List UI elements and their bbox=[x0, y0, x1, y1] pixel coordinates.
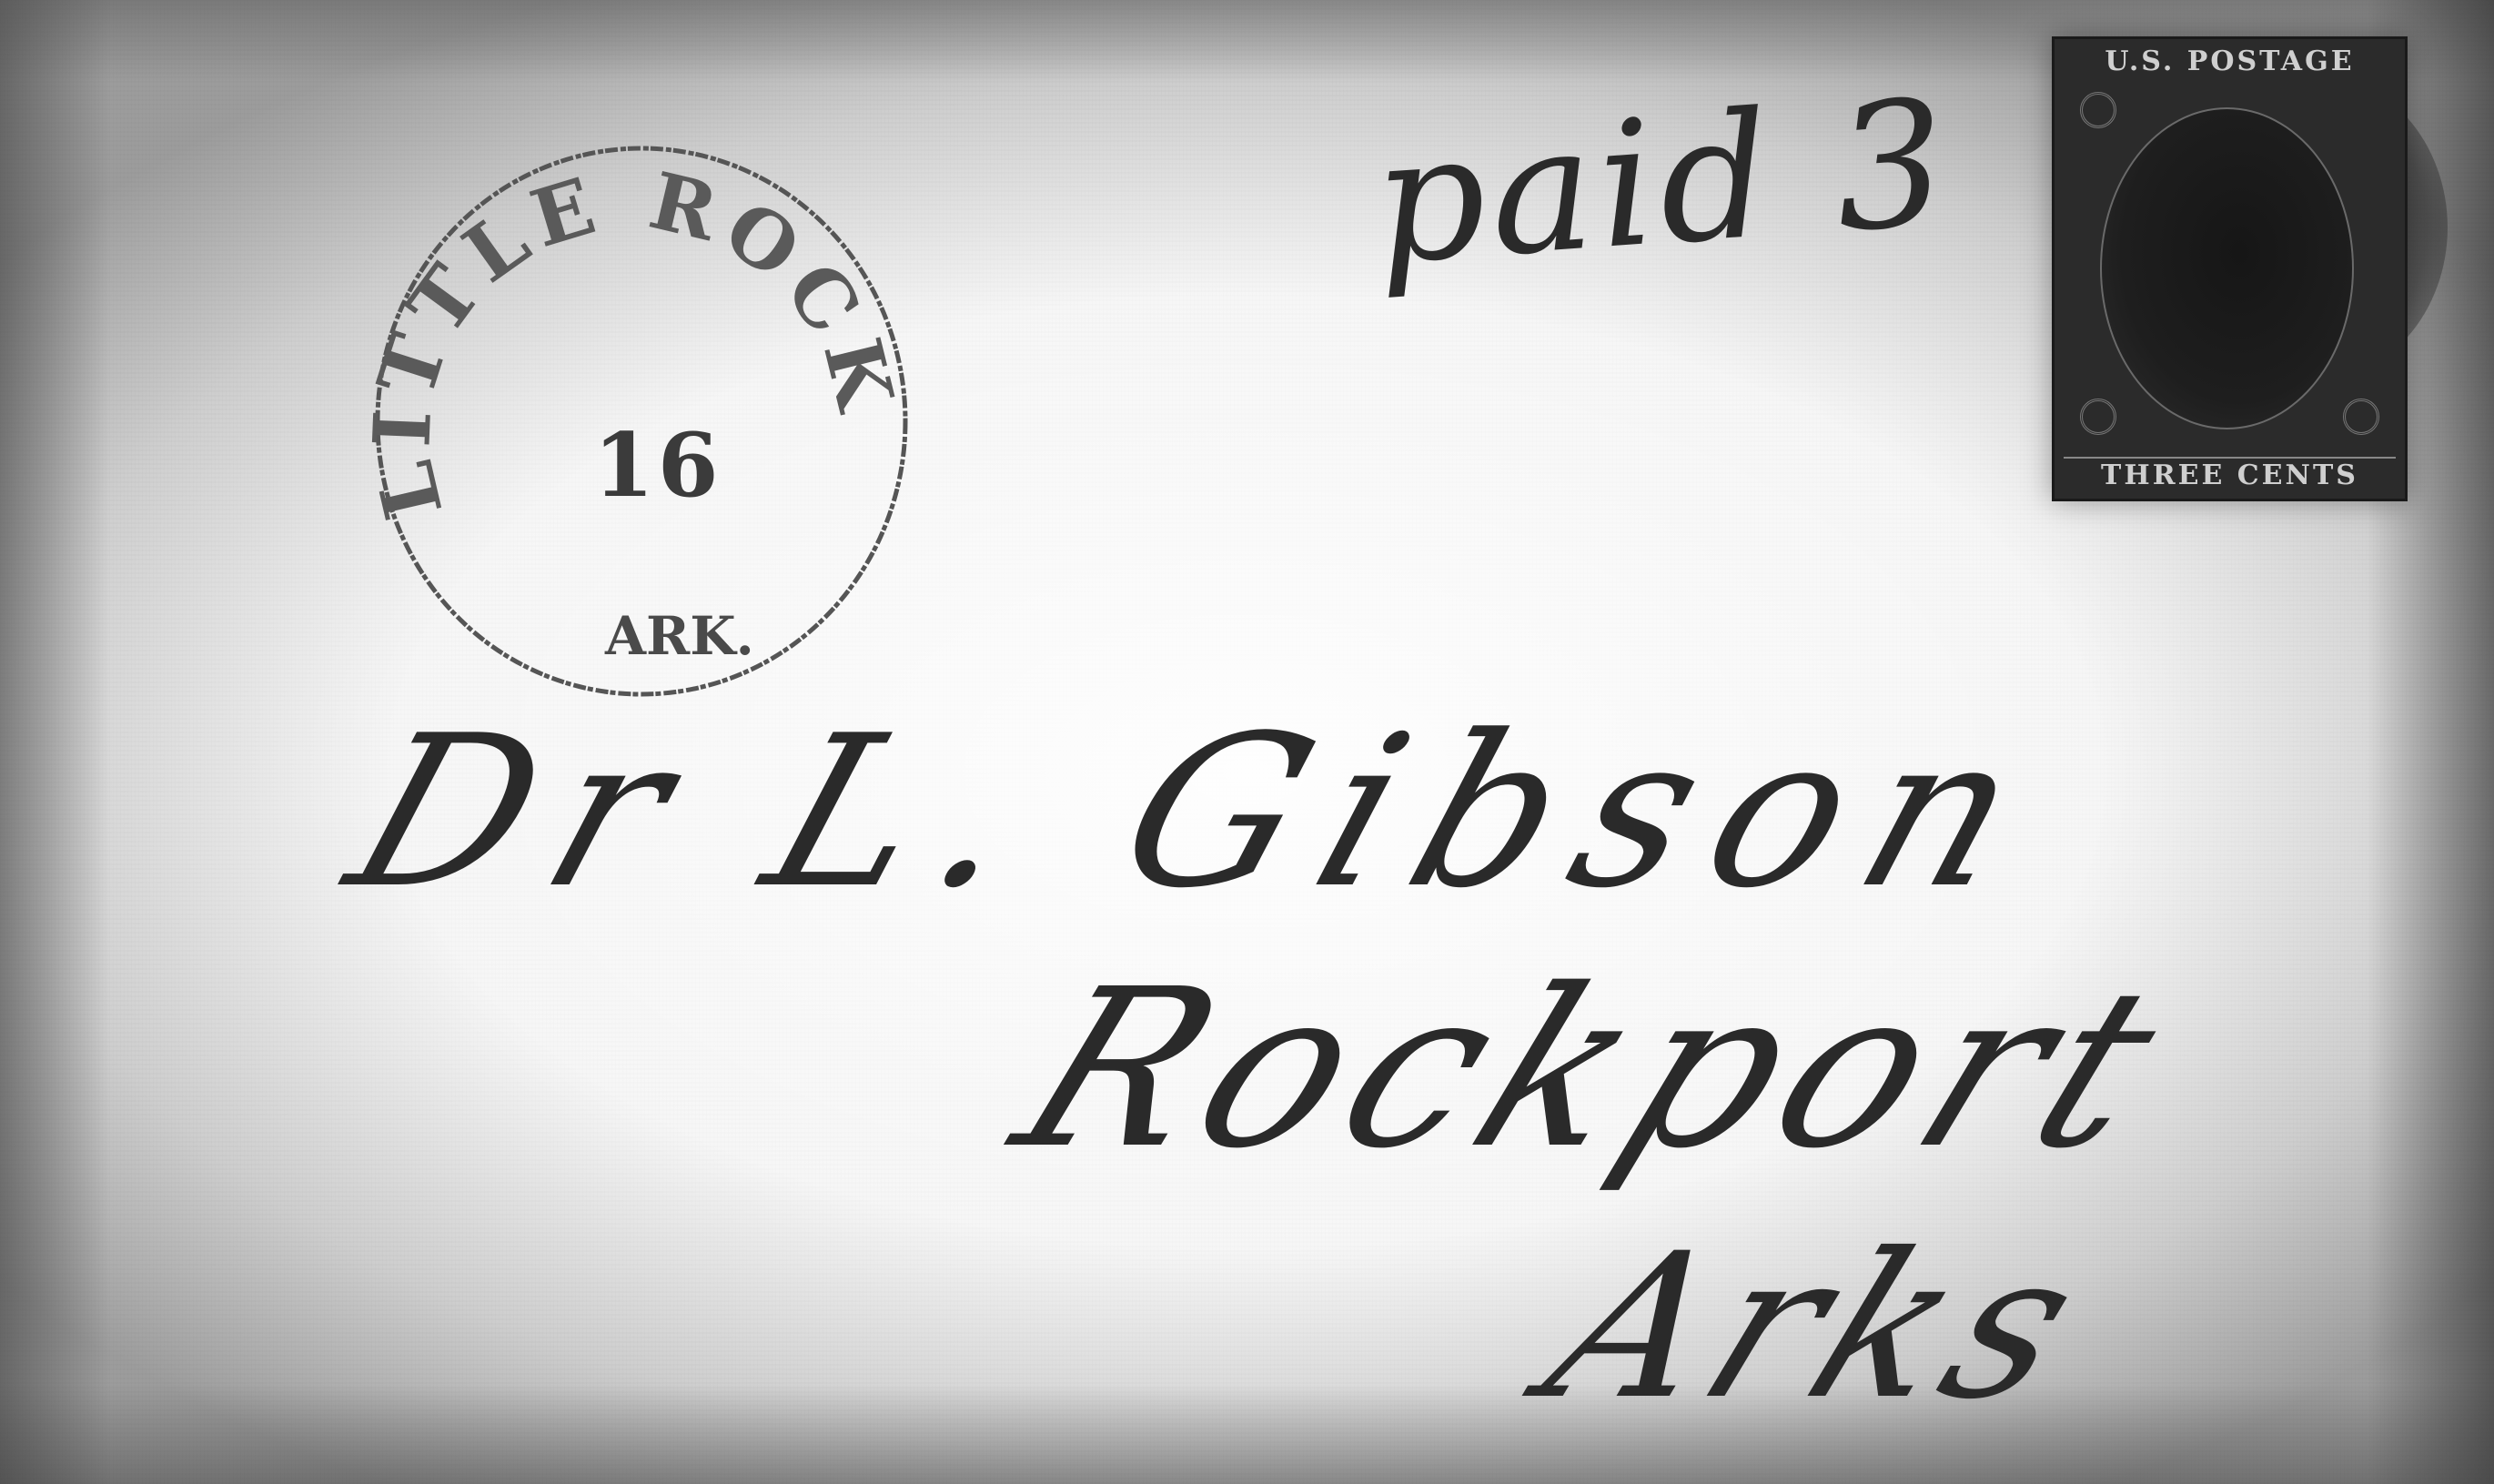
envelope-edge-shadow-left bbox=[0, 0, 109, 1484]
address-state: Arks bbox=[1518, 1210, 2120, 1443]
stamp-rosette-icon bbox=[2080, 399, 2116, 435]
postmark: LITTLE ROCK 16 ARK. bbox=[364, 132, 919, 705]
address-town: Rockport bbox=[985, 942, 2204, 1196]
rate-notation: paid 3 bbox=[1368, 62, 1957, 303]
stamp-rosette-icon bbox=[2343, 399, 2379, 435]
postage-stamp: U.S. POSTAGE THREE CENTS bbox=[2052, 36, 2408, 501]
postmark-day: 16 bbox=[593, 414, 722, 517]
stamp-rosette-icon bbox=[2080, 92, 2116, 128]
envelope-edge-shadow-bottom bbox=[0, 1384, 2494, 1484]
stamp-portrait-icon bbox=[2100, 107, 2354, 429]
address-name: Dr L. Gibson bbox=[325, 692, 2074, 934]
stamp-top-label: U.S. POSTAGE bbox=[2064, 45, 2396, 79]
stamp-value-label: THREE CENTS bbox=[2064, 457, 2396, 493]
postmark-state: ARK. bbox=[605, 605, 754, 667]
